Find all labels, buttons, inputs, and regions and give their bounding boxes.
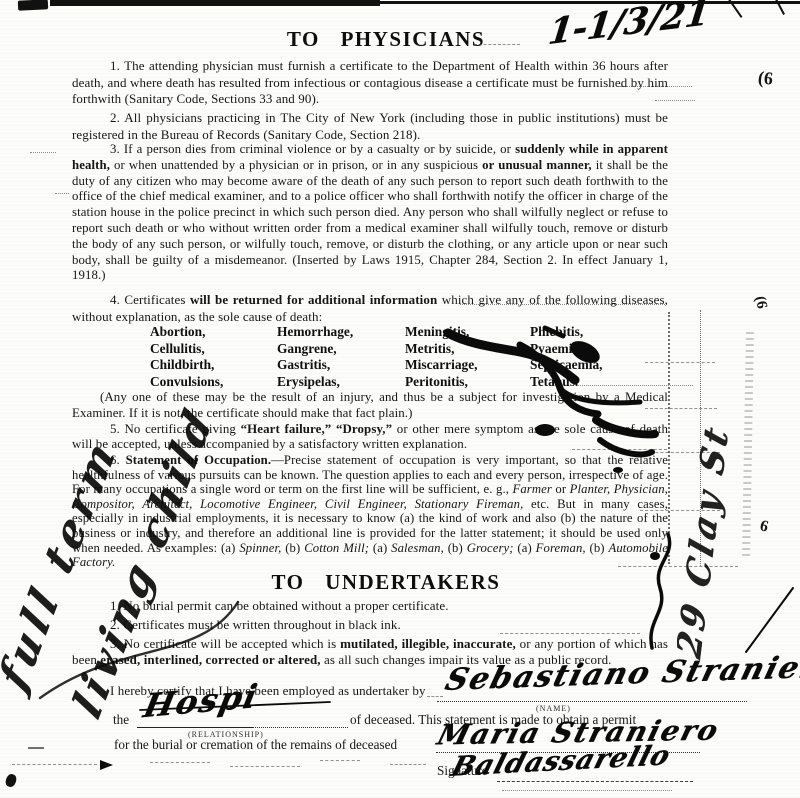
disease-cell: Meningitis, [405, 324, 530, 341]
dot-leader [620, 86, 692, 87]
physicians-note: (Any one of these may be the result of a… [72, 390, 668, 421]
disease-cell: Childbirth, [150, 357, 277, 374]
dot-leader [578, 385, 693, 386]
disease-cell: Gangrene, [277, 341, 405, 358]
signature-fill-line [497, 781, 693, 782]
disease-cell: Septicaemia, [530, 357, 670, 374]
the-label: the [113, 712, 129, 728]
scan-edge-bar [370, 1, 800, 4]
undertakers-title: TO UNDERTAKERS [90, 570, 682, 595]
disease-cell: Hemorrhage, [277, 324, 405, 341]
disease-cell: Tetanus. [530, 374, 670, 391]
undertakers-item-1: 1. No burial permit can be obtained with… [72, 598, 668, 615]
disease-cell: Peritonitis, [405, 374, 530, 391]
disease-cell: Metritis, [405, 341, 530, 358]
disease-cell: Erysipelas, [277, 374, 405, 391]
dot-leader [230, 766, 300, 767]
dot-leader [390, 764, 426, 765]
disease-cell: Abortion, [150, 324, 277, 341]
dot-leader [572, 449, 667, 450]
certify-line-3: for the burial or cremation of the remai… [114, 737, 397, 753]
undertakers-item-2: 2. Certificates must be written througho… [72, 617, 668, 634]
stamp-mark: (6 [757, 67, 774, 89]
signature-underline-dots [502, 790, 672, 791]
disease-cell: Pyaemia, [530, 341, 670, 358]
name-fill-line [437, 701, 747, 702]
scan-edge-bar [50, 0, 380, 6]
scan-speck-row [30, 152, 56, 153]
handwritten-right-margin-note: 29 Clay St [670, 419, 737, 664]
disease-cell: Gastritis, [277, 357, 405, 374]
bleedthrough-vertical-text [742, 332, 754, 557]
dot-leader [655, 100, 695, 101]
bleedthrough-grid-line [668, 312, 670, 564]
dot-leader [460, 304, 665, 305]
stamp-mark: 6 [758, 517, 770, 536]
scan-edge-blob [18, 0, 48, 11]
dot-leader [150, 762, 210, 763]
ink-dot [28, 747, 44, 749]
physicians-paragraph-4: 4. Certificates will be returned for add… [72, 292, 668, 325]
physicians-paragraph-1: 1. The attending physician must furnish … [72, 58, 668, 108]
dot-leader [12, 764, 97, 765]
disease-cell: Convulsions, [150, 374, 277, 391]
relationship-fill-line-dots [253, 727, 348, 728]
disease-cell: Miscarriage, [405, 357, 530, 374]
dot-leader [500, 633, 640, 634]
disease-list: Abortion, Hemorrhage, Meningitis, Phlebi… [150, 324, 670, 390]
disease-cell: Cellulitis, [150, 341, 277, 358]
scan-speck-row [55, 193, 69, 194]
physicians-paragraph-3: 3. If a person dies from criminal violen… [72, 142, 668, 284]
bleedthrough-grid-line [645, 408, 717, 409]
disease-cell: Phlebitis, [530, 324, 670, 341]
stamp-mark: (6 [751, 295, 770, 310]
scanned-death-certificate-back: TO PHYSICIANS TO UNDERTAKERS 1-1/3/21 1.… [0, 0, 800, 798]
bleedthrough-grid-line [645, 362, 715, 363]
physicians-paragraph-2: 2. All physicians practicing in The City… [72, 110, 668, 143]
relationship-fill-line [137, 727, 253, 728]
dot-leader [320, 760, 360, 761]
ink-dot [4, 773, 18, 789]
pen-dashes [474, 44, 520, 45]
